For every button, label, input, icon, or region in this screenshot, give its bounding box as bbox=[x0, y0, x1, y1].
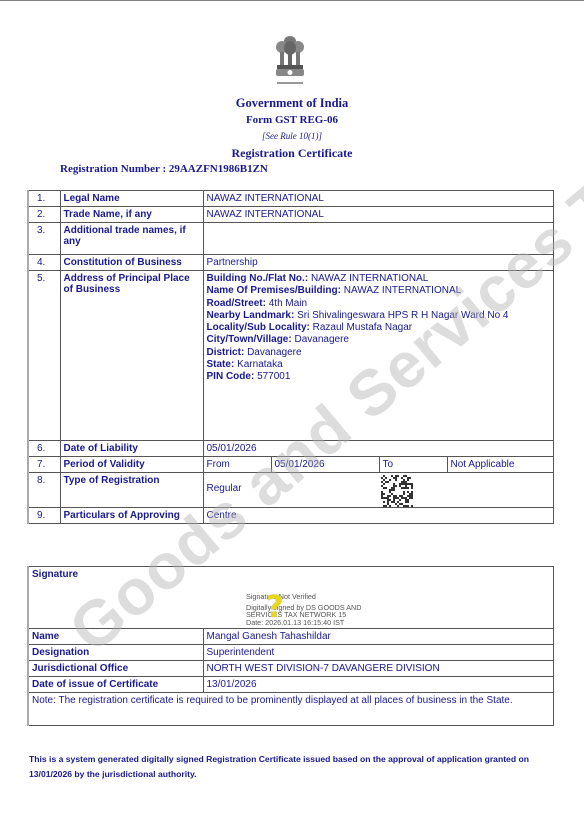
particulars-of-approving-label: Particulars of Approving bbox=[60, 508, 203, 524]
date-of-issue-label: Date of issue of Certificate bbox=[28, 677, 203, 693]
qr-code-icon bbox=[381, 475, 413, 507]
row-number: 6. bbox=[28, 441, 60, 457]
address-line: Nearby Landmark: Sri Shivalingeswara HPS… bbox=[207, 310, 551, 322]
address-line: Building No./Flat No.: NAWAZ INTERNATION… bbox=[207, 273, 551, 285]
table-row: 2. Trade Name, if any NAWAZ INTERNATIONA… bbox=[28, 207, 554, 223]
table-row: Date of issue of Certificate 13/01/2026 bbox=[28, 677, 554, 693]
table-row: 6. Date of Liability 05/01/2026 bbox=[28, 441, 554, 457]
address-label: Address of Principal Place of Business bbox=[60, 271, 203, 441]
validity-to-value: Not Applicable bbox=[447, 457, 554, 473]
page-top-border bbox=[0, 0, 584, 1]
row-number: 5. bbox=[28, 271, 60, 441]
validity-to-label: To bbox=[379, 457, 447, 473]
certificate-title: Registration Certificate bbox=[0, 146, 584, 161]
legal-name-label: Legal Name bbox=[60, 191, 203, 207]
registration-number: Registration Number : 29AAZFN1986B1ZN bbox=[60, 163, 268, 175]
row-number: 9. bbox=[28, 508, 60, 524]
type-of-registration-value: Regular bbox=[207, 483, 242, 494]
date-of-issue-value: 13/01/2026 bbox=[203, 677, 554, 693]
table-row: Jurisdictional Office NORTH WEST DIVISIO… bbox=[28, 661, 554, 677]
table-row: 9. Particulars of Approving Centre bbox=[28, 508, 554, 524]
signature-label: Signature bbox=[32, 569, 78, 580]
table-row: 3. Additional trade names, if any bbox=[28, 223, 554, 255]
row-number: 4. bbox=[28, 255, 60, 271]
constitution-label: Constitution of Business bbox=[60, 255, 203, 271]
trade-name-value: NAWAZ INTERNATIONAL bbox=[203, 207, 554, 223]
address-line: Name Of Premises/Building: NAWAZ INTERNA… bbox=[207, 285, 551, 297]
national-emblem-icon bbox=[271, 33, 309, 88]
legal-name-value: NAWAZ INTERNATIONAL bbox=[203, 191, 554, 207]
additional-trade-names-label: Additional trade names, if any bbox=[60, 223, 203, 255]
officer-name-label: Name bbox=[28, 629, 203, 645]
signature-officer-table: Signature Name Mangal Ganesh Tahashildar… bbox=[27, 566, 554, 726]
particulars-of-approving-value: Centre bbox=[203, 508, 554, 524]
constitution-value: Partnership bbox=[203, 255, 554, 271]
row-number: 8. bbox=[28, 473, 60, 508]
date-of-liability-value: 05/01/2026 bbox=[203, 441, 554, 457]
row-number: 1. bbox=[28, 191, 60, 207]
table-row: Name Mangal Ganesh Tahashildar bbox=[28, 629, 554, 645]
rule-reference: [See Rule 10(1)] bbox=[0, 131, 584, 141]
officer-name-value: Mangal Ganesh Tahashildar bbox=[203, 629, 554, 645]
table-row: 1. Legal Name NAWAZ INTERNATIONAL bbox=[28, 191, 554, 207]
address-line: City/Town/Village: Davanagere bbox=[207, 334, 551, 346]
row-number: 2. bbox=[28, 207, 60, 223]
government-title: Government of India bbox=[0, 96, 584, 111]
trade-name-label: Trade Name, if any bbox=[60, 207, 203, 223]
designation-label: Designation bbox=[28, 645, 203, 661]
address-line: State: Karnataka bbox=[207, 359, 551, 371]
table-row: 7. Period of Validity From 05/01/2026 To… bbox=[28, 457, 554, 473]
validity-from-label: From bbox=[203, 457, 271, 473]
row-number: 3. bbox=[28, 223, 60, 255]
form-title: Form GST REG-06 bbox=[0, 114, 584, 126]
row-number: 7. bbox=[28, 457, 60, 473]
date-of-liability-label: Date of Liability bbox=[60, 441, 203, 457]
jurisdictional-office-value: NORTH WEST DIVISION-7 DAVANGERE DIVISION bbox=[203, 661, 554, 677]
table-row: 8. Type of Registration Regular bbox=[28, 473, 554, 508]
type-of-registration-label: Type of Registration bbox=[60, 473, 203, 508]
address-line: PIN Code: 577001 bbox=[207, 371, 551, 383]
signature-status: Signature Not Verified bbox=[246, 593, 361, 601]
address-value: Building No./Flat No.: NAWAZ INTERNATION… bbox=[203, 271, 554, 441]
note-row: Note: The registration certificate is re… bbox=[28, 693, 554, 726]
table-row: 5. Address of Principal Place of Busines… bbox=[28, 271, 554, 441]
designation-value: Superintendent bbox=[203, 645, 554, 661]
signature-date: Date: 2026.01.13 16:15:40 IST bbox=[246, 619, 361, 627]
type-of-registration-cell: Regular bbox=[203, 473, 554, 508]
address-line: District: Davanagere bbox=[207, 347, 551, 359]
address-line: Locality/Sub Locality: Razaul Mustafa Na… bbox=[207, 322, 551, 334]
additional-trade-names-value bbox=[203, 223, 554, 255]
address-line: Road/Street: 4th Main bbox=[207, 298, 551, 310]
table-row: Designation Superintendent bbox=[28, 645, 554, 661]
table-row: 4. Constitution of Business Partnership bbox=[28, 255, 554, 271]
footer-statement: This is a system generated digitally sig… bbox=[29, 752, 559, 782]
registration-details-table: 1. Legal Name NAWAZ INTERNATIONAL 2. Tra… bbox=[27, 190, 554, 524]
validity-from-value: 05/01/2026 bbox=[271, 457, 379, 473]
period-of-validity-label: Period of Validity bbox=[60, 457, 203, 473]
jurisdictional-office-label: Jurisdictional Office bbox=[28, 661, 203, 677]
display-note: Note: The registration certificate is re… bbox=[28, 693, 554, 726]
signature-unverified-icon: ? bbox=[266, 590, 283, 625]
digital-signature-block: Signature Not Verified Digitally signed … bbox=[246, 593, 361, 626]
